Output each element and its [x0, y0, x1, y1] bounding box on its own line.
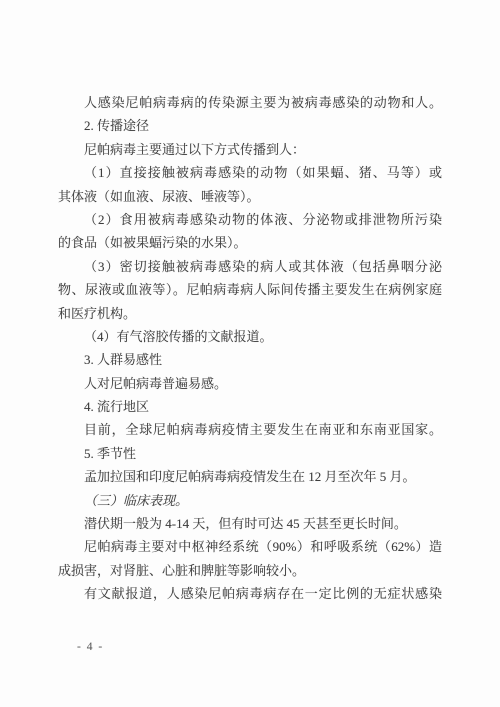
paragraph-line: （4）有气溶胶传播的文献报道。: [58, 325, 442, 348]
paragraph-line: 尼帕病毒主要通过以下方式传播到人：: [58, 138, 442, 161]
paragraph-line: 潜伏期一般为 4-14 天，但有时可达 45 天甚至更长时间。: [58, 512, 442, 535]
paragraph-line: 的食品（如被果蝠污染的水果）。: [58, 231, 442, 254]
paragraph-line: （3）密切接触被病毒感染的病人或其体液（包括鼻咽分泌: [58, 255, 442, 278]
paragraph-line: 目前，全球尼帕病毒病疫情主要发生在南亚和东南亚国家。: [58, 418, 442, 441]
page-text: 人感染尼帕病毒病的传染源主要为被病毒感染的动物和人。 2. 传播途径 尼帕病毒主…: [58, 91, 442, 606]
heading-transmission-routes: 2. 传播途径: [58, 114, 442, 137]
paragraph-line: 和医疗机构。: [58, 302, 442, 325]
heading-population-susceptibility: 3. 人群易感性: [58, 348, 442, 371]
heading-clinical-manifestations: （三）临床表现。: [58, 489, 442, 512]
paragraph-line: 物、尿液或血液等）。尼帕病毒病人际间传播主要发生在病例家庭: [58, 278, 442, 301]
document-page: 人感染尼帕病毒病的传染源主要为被病毒感染的动物和人。 2. 传播途径 尼帕病毒主…: [0, 0, 500, 707]
page-number: - 4 -: [77, 641, 104, 653]
paragraph-line: （1）直接接触被病毒感染的动物（如果蝠、猪、马等）或: [58, 161, 442, 184]
paragraph-line: 成损害，对肾脏、心脏和脾脏等影响较小。: [58, 559, 442, 582]
paragraph-line: 孟加拉国和印度尼帕病毒病疫情发生在 12 月至次年 5 月。: [58, 465, 442, 488]
heading-seasonality: 5. 季节性: [58, 442, 442, 465]
paragraph-line: 尼帕病毒主要对中枢神经系统（90%）和呼吸系统（62%）造: [58, 535, 442, 558]
paragraph-line: 人对尼帕病毒普遍易感。: [58, 372, 442, 395]
paragraph-line: （2）食用被病毒感染动物的体液、分泌物或排泄物所污染: [58, 208, 442, 231]
paragraph-line: 其体液（如血液、尿液、唾液等）。: [58, 185, 442, 208]
heading-epidemic-areas: 4. 流行地区: [58, 395, 442, 418]
paragraph-line: 人感染尼帕病毒病的传染源主要为被病毒感染的动物和人。: [58, 91, 442, 114]
paragraph-line: 有文献报道，人感染尼帕病毒病存在一定比例的无症状感染: [58, 582, 442, 605]
